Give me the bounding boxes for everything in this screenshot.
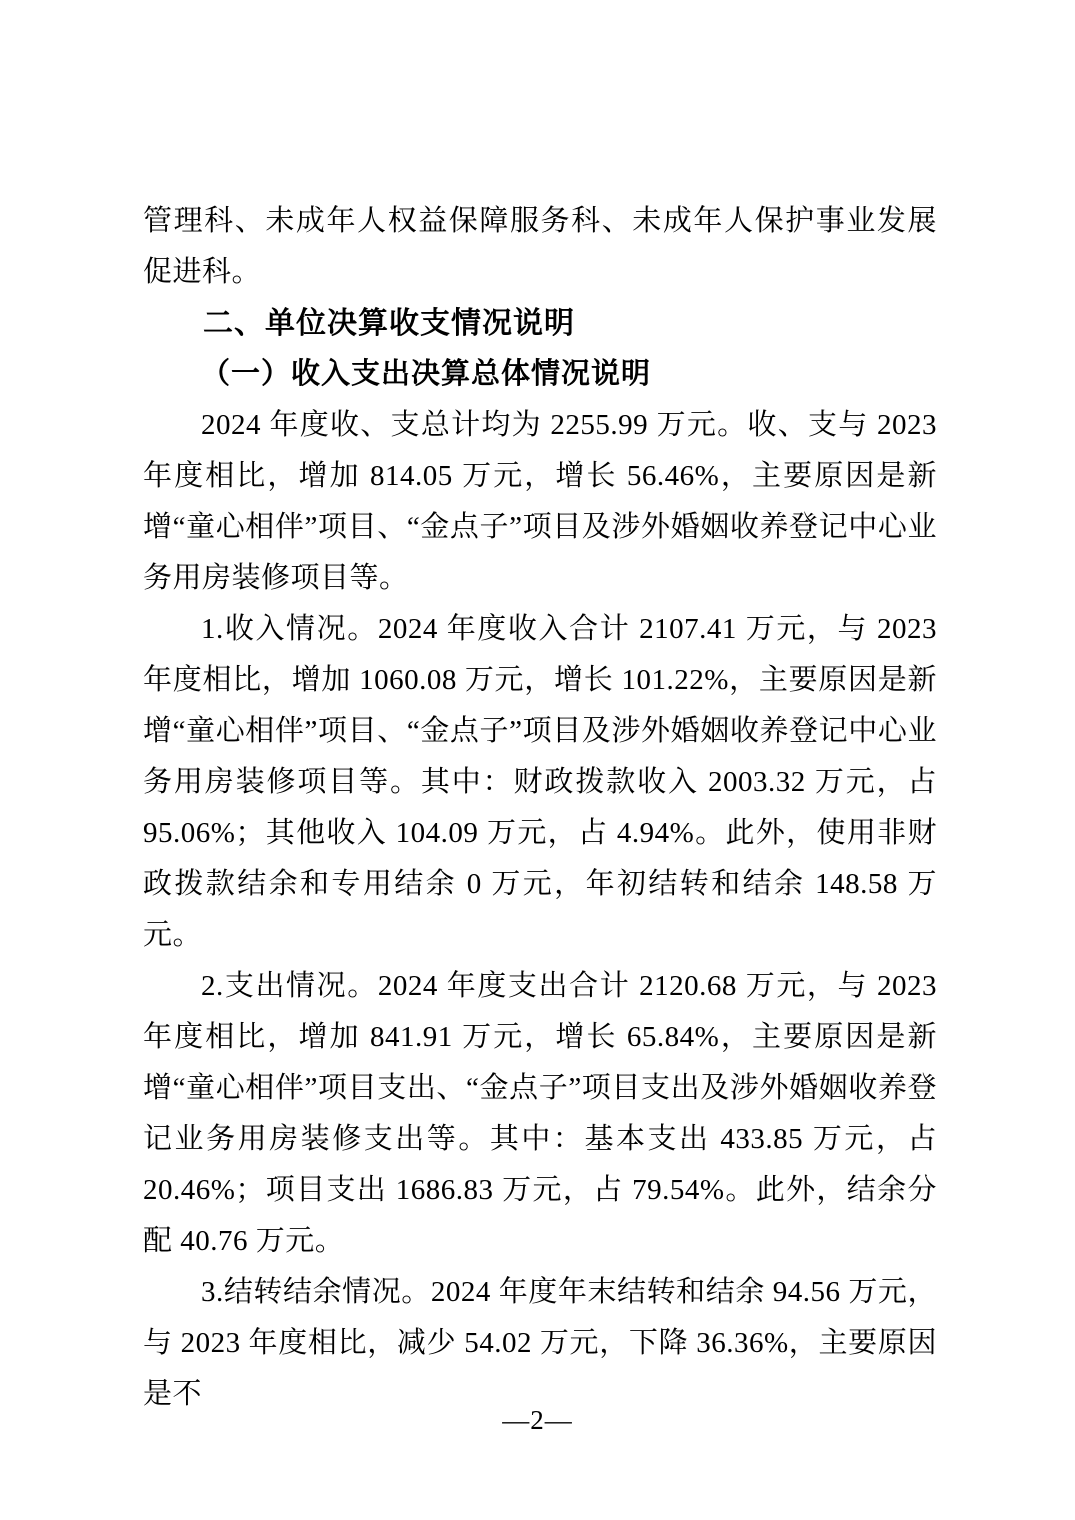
section-heading: 二、单位决算收支情况说明 (143, 298, 937, 349)
subsection-heading: （一）收入支出决算总体情况说明 (143, 349, 937, 400)
paragraph-carryover: 3.结转结余情况。2024 年度年末结转和结余 94.56 万元，与 2023 … (143, 1267, 937, 1420)
document-page: 管理科、未成年人权益保障服务科、未成年人保护事业发展促进科。 二、单位决算收支情… (0, 0, 1075, 1520)
page-number: —2— (0, 1402, 1075, 1438)
paragraph-expenditure: 2.支出情况。2024 年度支出合计 2120.68 万元，与 2023 年度相… (143, 961, 937, 1267)
paragraph-continuation: 管理科、未成年人权益保障服务科、未成年人保护事业发展促进科。 (143, 196, 937, 298)
document-body: 管理科、未成年人权益保障服务科、未成年人保护事业发展促进科。 二、单位决算收支情… (143, 196, 937, 1420)
paragraph-overview: 2024 年度收、支总计均为 2255.99 万元。收、支与 2023 年度相比… (143, 400, 937, 604)
paragraph-income: 1.收入情况。2024 年度收入合计 2107.41 万元，与 2023 年度相… (143, 604, 937, 961)
